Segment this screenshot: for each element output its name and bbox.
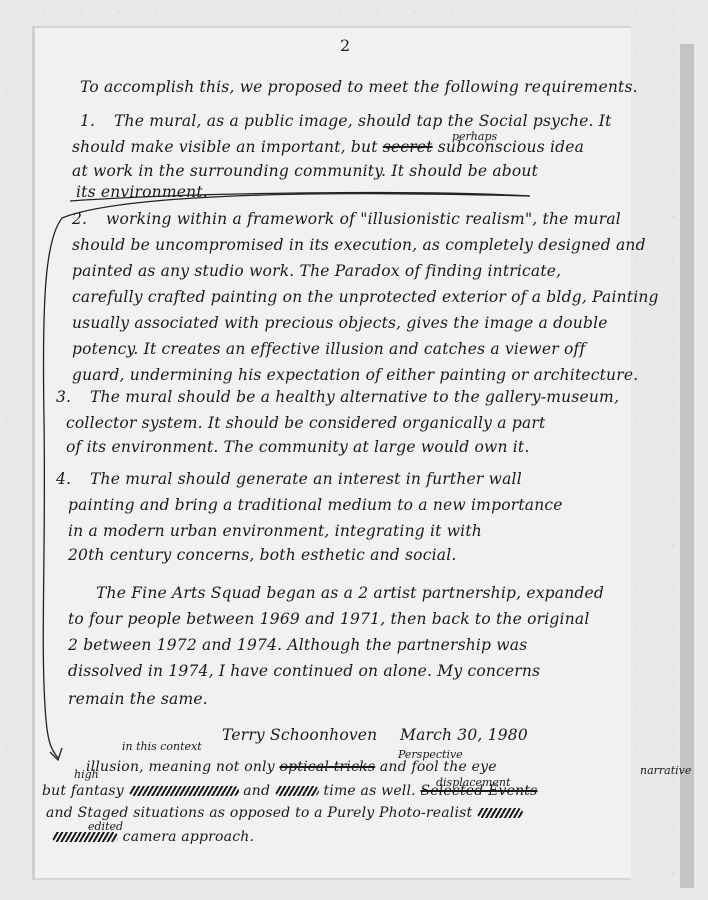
- insertion-perhaps: perhaps: [452, 130, 497, 143]
- item-number: 4.: [56, 472, 90, 488]
- footnote-text: and fool the eye: [380, 759, 497, 775]
- item-4-line-1: 4.The mural should generate an interest …: [56, 472, 522, 488]
- item-2-line-6: potency. It creates an effective illusio…: [72, 342, 585, 358]
- page-number: 2: [340, 36, 350, 55]
- history-line-5: remain the same.: [68, 692, 208, 708]
- item-text: The mural, as a public image, should tap…: [114, 112, 612, 130]
- item-1-line-3: at work in the surrounding community. It…: [72, 164, 538, 180]
- item-4-line-3: in a modern urban environment, integrati…: [68, 524, 482, 540]
- insertion-narrative: narrative: [640, 764, 691, 777]
- item-number: 2.: [72, 212, 106, 228]
- signature-name: Terry Schoonhoven: [222, 728, 377, 744]
- footnote-line-4: camera approach.: [52, 830, 254, 844]
- struck-text: Selected Events: [420, 783, 537, 799]
- item-2-line-4: carefully crafted painting on the unprot…: [72, 290, 659, 306]
- footnote-line-2: but fantasy and time as well. Selected E…: [42, 784, 538, 798]
- history-line-3: 2 between 1972 and 1974. Although the pa…: [68, 638, 527, 654]
- scribbled-out-text: [275, 786, 319, 796]
- item-2-line-7: guard, undermining his expectation of ei…: [72, 368, 638, 384]
- struck-word: secret: [383, 138, 433, 156]
- item-2-line-2: should be uncompromised in its execution…: [72, 238, 646, 254]
- footnote-text: illusion, meaning not only: [86, 759, 275, 775]
- scribbled-out-text: [129, 786, 239, 796]
- footnote-text: camera approach.: [123, 829, 254, 845]
- scribbled-out-text: [477, 808, 523, 818]
- item-number: 1.: [80, 114, 114, 130]
- footnote-text: but fantasy: [42, 783, 124, 799]
- footnote-line-1: illusion, meaning not only optical trick…: [86, 760, 497, 774]
- item-4-line-2: painting and bring a traditional medium …: [68, 498, 563, 514]
- item-1-line-4: its environment.: [76, 185, 208, 201]
- history-line-1: The Fine Arts Squad began as a 2 artist …: [96, 586, 604, 602]
- footnote-text: and: [243, 783, 270, 799]
- intro-line: To accomplish this, we proposed to meet …: [80, 80, 638, 96]
- item-1-line-1: 1.The mural, as a public image, should t…: [80, 114, 612, 130]
- footnote-line-3: and Staged situations as opposed to a Pu…: [46, 806, 523, 820]
- item-1-line-2: should make visible an important, but se…: [72, 140, 584, 156]
- signature-date: March 30, 1980: [400, 728, 528, 744]
- item-4-line-4: 20th century concerns, both esthetic and…: [68, 548, 456, 564]
- item-number: 3.: [56, 390, 90, 406]
- struck-text: optical tricks: [280, 759, 376, 775]
- item-2-line-5: usually associated with precious objects…: [72, 316, 608, 332]
- footnote-text: time as well.: [323, 783, 415, 799]
- page-edge-shadow: [680, 44, 694, 888]
- item-3-line-3: of its environment. The community at lar…: [66, 440, 530, 456]
- item-3-line-1: 3.The mural should be a healthy alternat…: [56, 390, 619, 406]
- scribbled-out-text: [52, 832, 118, 842]
- history-line-4: dissolved in 1974, I have continued on a…: [68, 664, 540, 680]
- item-3-line-2: collector system. It should be considere…: [66, 416, 545, 432]
- history-line-2: to four people between 1969 and 1971, th…: [68, 612, 590, 628]
- footnote-text: and Staged situations as opposed to a Pu…: [46, 805, 472, 821]
- insertion-in-this-context: in this context: [122, 740, 202, 753]
- item-text: The mural should be a healthy alternativ…: [90, 388, 619, 406]
- item-2-line-3: painted as any studio work. The Paradox …: [72, 264, 561, 280]
- item-text: The mural should generate an interest in…: [90, 470, 522, 488]
- item-text: should make visible an important, but: [72, 138, 378, 156]
- item-text: working within a framework of "illusioni…: [106, 210, 621, 228]
- item-2-line-1: 2.working within a framework of "illusio…: [72, 212, 621, 228]
